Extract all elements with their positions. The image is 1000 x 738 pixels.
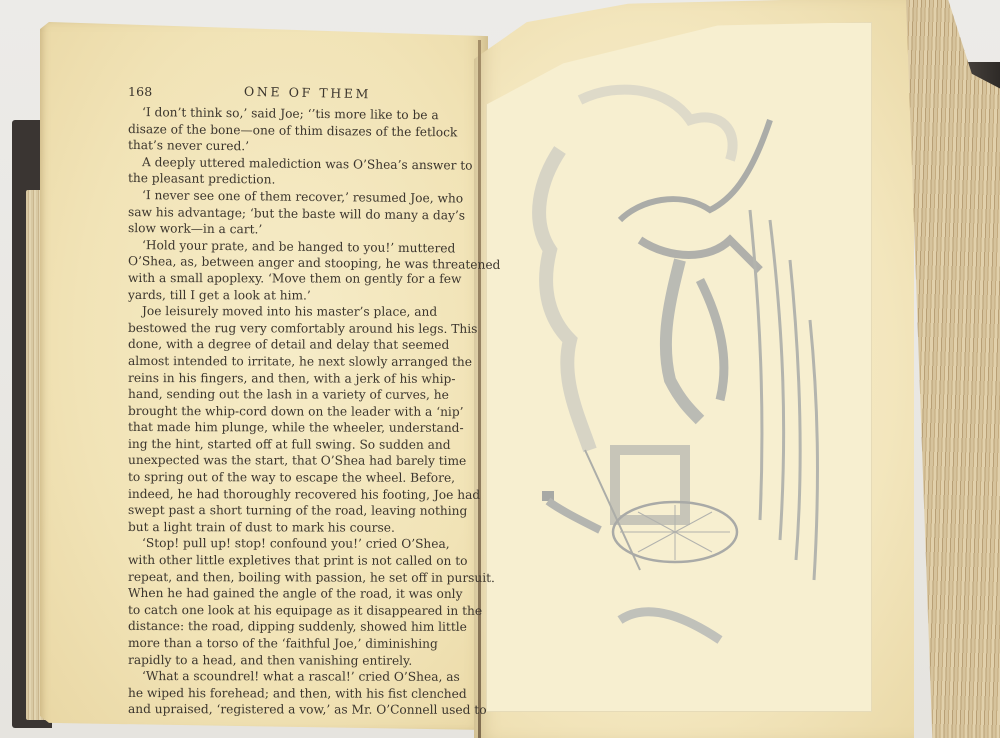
text-line: hand, sending out the lash in a variety … (128, 386, 460, 403)
text-line: ing the hint, started off at full swing.… (128, 436, 460, 453)
text-line: unexpected was the start, that O’Shea ha… (128, 452, 460, 469)
text-line: When he had gained the angle of the road… (128, 585, 460, 602)
text-line: repeat, and then, boiling with passion, … (128, 569, 460, 586)
paragraph: Joe leisurely moved into his master’s pl… (128, 303, 460, 535)
book-gutter (478, 40, 481, 738)
text-line: with other little expletives that print … (128, 552, 460, 569)
paragraph: ‘What a scoundrel! what a rascal!’ cried… (128, 668, 460, 718)
text-line: swept past a short turning of the road, … (128, 502, 460, 519)
text-line: bestowed the rug very comfortably around… (128, 320, 460, 337)
text-line: ‘Stop! pull up! stop! confound you!’ cri… (128, 535, 460, 552)
page-text: 168 ONE OF THEM ‘I don’t think so,’ said… (128, 84, 460, 718)
text-line: rapidly to a head, and then vanishing en… (128, 652, 460, 669)
text-line: he wiped his forehead; and then, with hi… (128, 685, 460, 702)
paragraph: A deeply uttered malediction was O’Shea’… (128, 154, 460, 187)
text-line: done, with a degree of detail and delay … (128, 336, 460, 353)
running-head: 168 ONE OF THEM (128, 84, 460, 104)
text-line: indeed, he had thoroughly recovered his … (128, 486, 460, 503)
horse-and-coach-illustration (520, 60, 850, 660)
page-number: 168 (128, 84, 152, 101)
text-line: brought the whip-cord down on the leader… (128, 403, 460, 420)
body-text: ‘I don’t think so,’ said Joe; ‘’tis more… (128, 104, 460, 718)
text-line: to catch one look at his equipage as it … (128, 602, 460, 619)
text-line: but a light train of dust to mark his co… (128, 519, 460, 536)
text-line: Joe leisurely moved into his master’s pl… (128, 303, 460, 320)
paragraph: ‘I don’t think so,’ said Joe; ‘’tis more… (128, 104, 460, 154)
open-book: 168 ONE OF THEM ‘I don’t think so,’ said… (0, 0, 1000, 738)
text-line: reins in his fingers, and then, with a j… (128, 370, 460, 387)
text-line: yards, till I get a look at him.’ (128, 287, 460, 304)
text-line: almost intended to irritate, he next slo… (128, 353, 460, 370)
paragraph: ‘Stop! pull up! stop! confound you!’ cri… (128, 535, 460, 668)
text-line: and upraised, ‘registered a vow,’ as Mr.… (128, 701, 460, 718)
running-title: ONE OF THEM (244, 84, 371, 103)
text-line: distance: the road, dipping suddenly, sh… (128, 618, 460, 635)
text-line: more than a torso of the ‘faithful Joe,’… (128, 635, 460, 652)
text-line: to spring out of the way to escape the w… (128, 469, 460, 486)
text-line: with a small apoplexy. ‘Move them on gen… (128, 270, 460, 287)
page-edges-right (906, 0, 1000, 738)
paragraph: ‘Hold your prate, and be hanged to you!’… (128, 237, 460, 303)
text-line: that made him plunge, while the wheeler,… (128, 419, 460, 436)
text-line: ‘What a scoundrel! what a rascal!’ cried… (128, 668, 460, 685)
paragraph: ‘I never see one of them recover,’ resum… (128, 187, 460, 237)
